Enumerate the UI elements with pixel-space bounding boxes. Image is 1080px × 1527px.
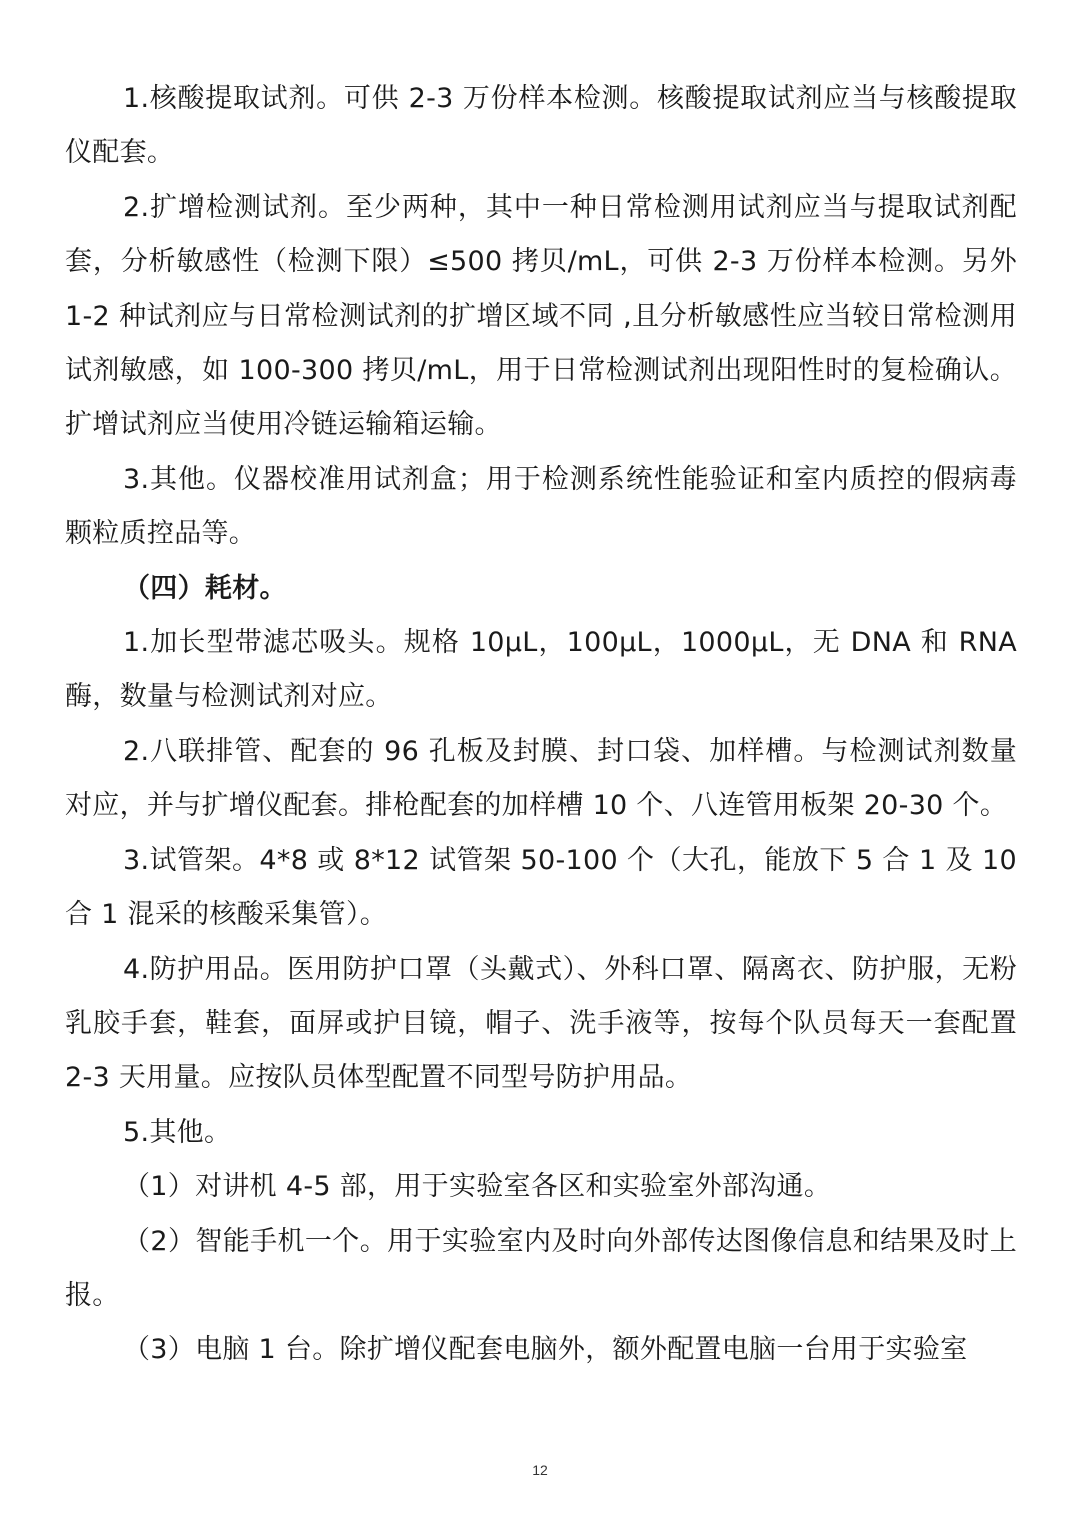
paragraph-protective-equipment: 4.防护用品。医用防护口罩（头戴式）、外科口罩、隔离衣、防护服，无粉乳胶手套，鞋… [65, 943, 1017, 1106]
section-heading-consumables: （四）耗材。 [65, 562, 1017, 616]
paragraph-amplification-reagent: 2.扩增检测试剂。至少两种，其中一种日常检测用试剂应当与提取试剂配套，分析敏感性… [65, 181, 1017, 453]
page-number: 12 [0, 1462, 1080, 1478]
paragraph-tubes-plates: 2.八联排管、配套的 96 孔板及封膜、封口袋、加样槽。与检测试剂数量对应，并与… [65, 725, 1017, 834]
document-page: 1.核酸提取试剂。可供 2-3 万份样本检测。核酸提取试剂应当与核酸提取仪配套。… [65, 72, 1017, 1378]
paragraph-tube-racks: 3.试管架。4*8 或 8*12 试管架 50-100 个（大孔，能放下 5 合… [65, 834, 1017, 943]
paragraph-computer: （3）电脑 1 台。除扩增仪配套电脑外，额外配置电脑一台用于实验室 [65, 1323, 1017, 1377]
paragraph-filter-tips: 1.加长型带滤芯吸头。规格 10μL，100μL，1000μL，无 DNA 和 … [65, 616, 1017, 725]
paragraph-other-reagents: 3.其他。仪器校准用试剂盒；用于检测系统性能验证和室内质控的假病毒颗粒质控品等。 [65, 453, 1017, 562]
paragraph-extraction-reagent: 1.核酸提取试剂。可供 2-3 万份样本检测。核酸提取试剂应当与核酸提取仪配套。 [65, 72, 1017, 181]
paragraph-walkie-talkie: （1）对讲机 4-5 部，用于实验室各区和实验室外部沟通。 [65, 1160, 1017, 1214]
paragraph-other: 5.其他。 [65, 1106, 1017, 1160]
paragraph-smartphone: （2）智能手机一个。用于实验室内及时向外部传达图像信息和结果及时上报。 [65, 1215, 1017, 1324]
